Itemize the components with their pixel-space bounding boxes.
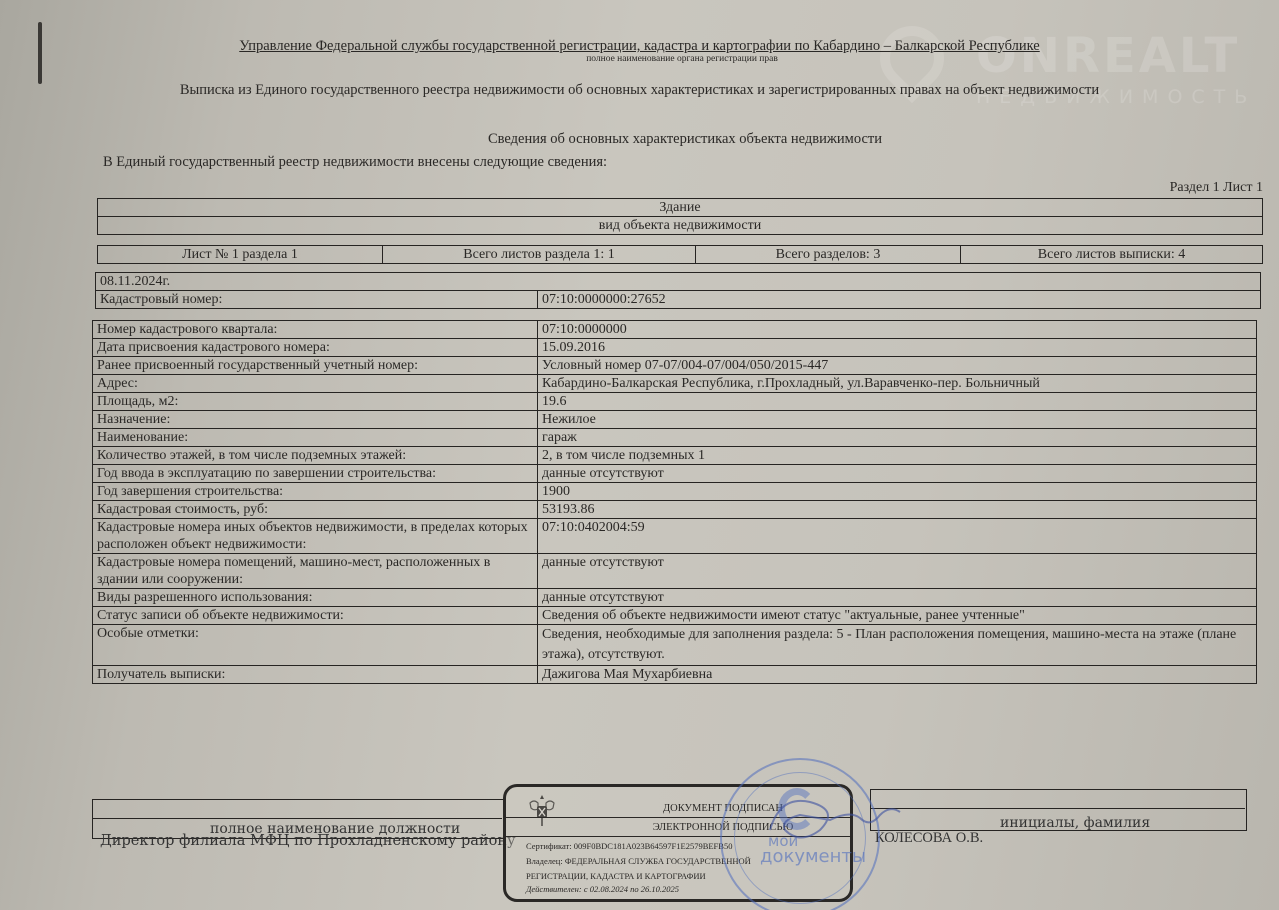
position-value: Директор филиала МФЦ по Прохладненскому … — [100, 833, 516, 849]
extract-date: 08.11.2024г. — [96, 273, 1261, 291]
cadastral-table: 08.11.2024г. Кадастровый номер: 07:10:00… — [95, 272, 1261, 309]
row-value: 07:10:0000000 — [538, 321, 1257, 339]
row-value: данные отсутствуют — [538, 554, 1257, 589]
signature-certificate: Сертификат: 009F0BDC181A023B64597F1E2579… — [526, 841, 732, 851]
cadastral-value: 07:10:0000000:27652 — [538, 291, 1261, 309]
row-label: Кадастровые номера иных объектов недвижи… — [93, 519, 538, 554]
row-value: Сведения об объекте недвижимости имеют с… — [538, 607, 1257, 625]
table-row: Наименование:гараж — [93, 429, 1257, 447]
table-row: Ранее присвоенный государственный учетны… — [93, 357, 1257, 375]
table-row: Кадастровая стоимость, руб:53193.86 — [93, 501, 1257, 519]
row-label: Назначение: — [93, 411, 538, 429]
row-value: Кабардино-Балкарская Республика, г.Прохл… — [538, 375, 1257, 393]
table-row: Площадь, м2:19.6 — [93, 393, 1257, 411]
row-value: 07:10:0402004:59 — [538, 519, 1257, 554]
row-value: данные отсутствуют — [538, 465, 1257, 483]
table-row: Статус записи об объекте недвижимости:Св… — [93, 607, 1257, 625]
object-type-value: Здание — [98, 199, 1263, 217]
row-label: Площадь, м2: — [93, 393, 538, 411]
table-row: Виды разрешенного использования:данные о… — [93, 589, 1257, 607]
row-label: Особые отметки: — [93, 625, 538, 666]
electronic-signature-block: ДОКУМЕНТ ПОДПИСАН ЭЛЕКТРОННОЙ ПОДПИСЬЮ С… — [503, 784, 853, 902]
position-field-divider — [92, 818, 502, 819]
intro-text: В Единый государственный реестр недвижим… — [103, 154, 607, 171]
table-row: Назначение:Нежилое — [93, 411, 1257, 429]
row-label: Количество этажей, в том числе подземных… — [93, 447, 538, 465]
row-label: Год завершения строительства: — [93, 483, 538, 501]
row-value: данные отсутствуют — [538, 589, 1257, 607]
row-value: 19.6 — [538, 393, 1257, 411]
signature-owner-line2: РЕГИСТРАЦИИ, КАДАСТРА И КАРТОГРАФИИ — [526, 871, 706, 881]
row-value: гараж — [538, 429, 1257, 447]
sheets-table: Лист № 1 раздела 1 Всего листов раздела … — [97, 245, 1263, 264]
characteristics-table: Номер кадастрового квартала:07:10:000000… — [92, 320, 1257, 684]
table-row: Номер кадастрового квартала:07:10:000000… — [93, 321, 1257, 339]
table-row: Особые отметки:Сведения, необходимые для… — [93, 625, 1257, 666]
initials-value: КОЛЕСОВА О.В. — [875, 830, 983, 847]
row-label: Номер кадастрового квартала: — [93, 321, 538, 339]
sections-total: Всего разделов: 3 — [696, 246, 961, 264]
signature-title-line1: ДОКУМЕНТ ПОДПИСАН — [506, 803, 850, 814]
agency-caption: полное наименование органа регистрации п… — [0, 54, 1279, 64]
row-value: 53193.86 — [538, 501, 1257, 519]
sheet-reference: Раздел 1 Лист 1 — [1170, 180, 1263, 196]
row-value: 1900 — [538, 483, 1257, 501]
section-sheets-total: Всего листов раздела 1: 1 — [383, 246, 696, 264]
row-value: 15.09.2016 — [538, 339, 1257, 357]
table-row: Кадастровые номера помещений, машино-мес… — [93, 554, 1257, 589]
initials-field-divider — [870, 808, 1245, 809]
extract-sheets-total: Всего листов выписки: 4 — [961, 246, 1263, 264]
table-row: Год завершения строительства:1900 — [93, 483, 1257, 501]
table-row: Получатель выписки:Дажигова Мая Мухарбие… — [93, 666, 1257, 684]
signature-validity: Действителен: с 02.08.2024 по 26.10.2025 — [526, 884, 679, 894]
initials-caption: инициалы, фамилия — [1000, 815, 1150, 831]
object-type-caption: вид объекта недвижимости — [98, 217, 1263, 235]
row-label: Дата присвоения кадастрового номера: — [93, 339, 538, 357]
table-row: Кадастровые номера иных объектов недвижи… — [93, 519, 1257, 554]
table-row: Адрес:Кабардино-Балкарская Республика, г… — [93, 375, 1257, 393]
section-title: Сведения об основных характеристиках объ… — [0, 131, 1279, 148]
row-label: Кадастровые номера помещений, машино-мес… — [93, 554, 538, 589]
row-label: Ранее присвоенный государственный учетны… — [93, 357, 538, 375]
row-value: 2, в том числе подземных 1 — [538, 447, 1257, 465]
agency-name: Управление Федеральной службы государств… — [0, 38, 1279, 55]
row-value: Дажигова Мая Мухарбиевна — [538, 666, 1257, 684]
cadastral-label: Кадастровый номер: — [96, 291, 538, 309]
row-label: Кадастровая стоимость, руб: — [93, 501, 538, 519]
row-value: Условный номер 07-07/004-07/004/050/2015… — [538, 357, 1257, 375]
table-row: Дата присвоения кадастрового номера:15.0… — [93, 339, 1257, 357]
row-label: Статус записи об объекте недвижимости: — [93, 607, 538, 625]
object-type-table: Здание вид объекта недвижимости — [97, 198, 1263, 235]
document-title: Выписка из Единого государственного реес… — [0, 82, 1279, 99]
sheet-number: Лист № 1 раздела 1 — [98, 246, 383, 264]
row-value: Сведения, необходимые для заполнения раз… — [538, 625, 1257, 666]
row-value: Нежилое — [538, 411, 1257, 429]
signature-title-line2: ЭЛЕКТРОННОЙ ПОДПИСЬЮ — [506, 822, 850, 833]
row-label: Наименование: — [93, 429, 538, 447]
signature-owner-line1: Владелец: ФЕДЕРАЛЬНАЯ СЛУЖБА ГОСУДАРСТВЕ… — [526, 856, 751, 866]
row-label: Получатель выписки: — [93, 666, 538, 684]
signature-divider — [503, 836, 853, 837]
row-label: Год ввода в эксплуатацию по завершении с… — [93, 465, 538, 483]
signature-divider — [503, 817, 853, 818]
row-label: Виды разрешенного использования: — [93, 589, 538, 607]
row-label: Адрес: — [93, 375, 538, 393]
table-row: Количество этажей, в том числе подземных… — [93, 447, 1257, 465]
table-row: Год ввода в эксплуатацию по завершении с… — [93, 465, 1257, 483]
